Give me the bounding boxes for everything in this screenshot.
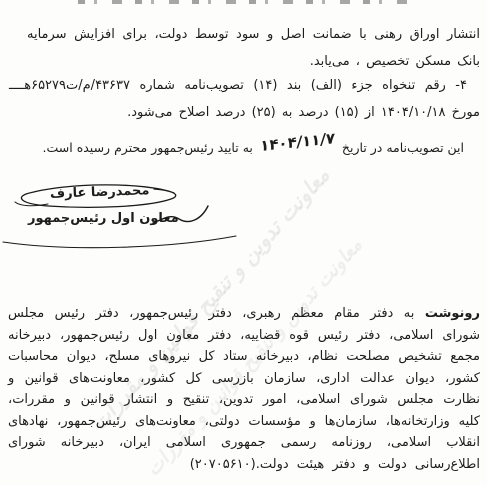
approval-suffix: به تایید رئیس‌جمهور محترم رسیده است.: [43, 140, 253, 155]
handwritten-date: ۱۴۰۴/۱۱/۷: [260, 124, 336, 159]
intro-paragraph: انتشار اوراق رهنی با ضمانت اصل و سود توس…: [27, 21, 480, 75]
document-page: معاونت تدوین و تنقیح قوانین و مقررات معا…: [0, 0, 487, 485]
distribution-lead: رونوشت: [425, 306, 480, 321]
clause-number: ۴-: [455, 78, 467, 93]
approval-line: این تصویب‌نامه در تاریخ۱۴۰۴/۱۱/۷به تایید…: [10, 134, 464, 161]
approval-prefix: این تصویب‌نامه در تاریخ: [342, 140, 464, 155]
distribution-body: به دفتر مقام معظم رهبری، دفتر رئیس‌جمهور…: [8, 306, 480, 472]
distribution-paragraph: رونوشت به دفتر مقام معظم رهبری، دفتر رئی…: [8, 303, 480, 475]
clipped-text-remnant: [78, 0, 413, 4]
clause-4-paragraph: ۴- رقم تنخواه جزء (الف) بند (۱۴) تصویب‌ن…: [9, 72, 480, 126]
signer-title: معاون اول رئیس‌جمهور: [28, 211, 179, 226]
clause-text: رقم تنخواه جزء (الف) بند (۱۴) تصویب‌نامه…: [9, 78, 480, 120]
